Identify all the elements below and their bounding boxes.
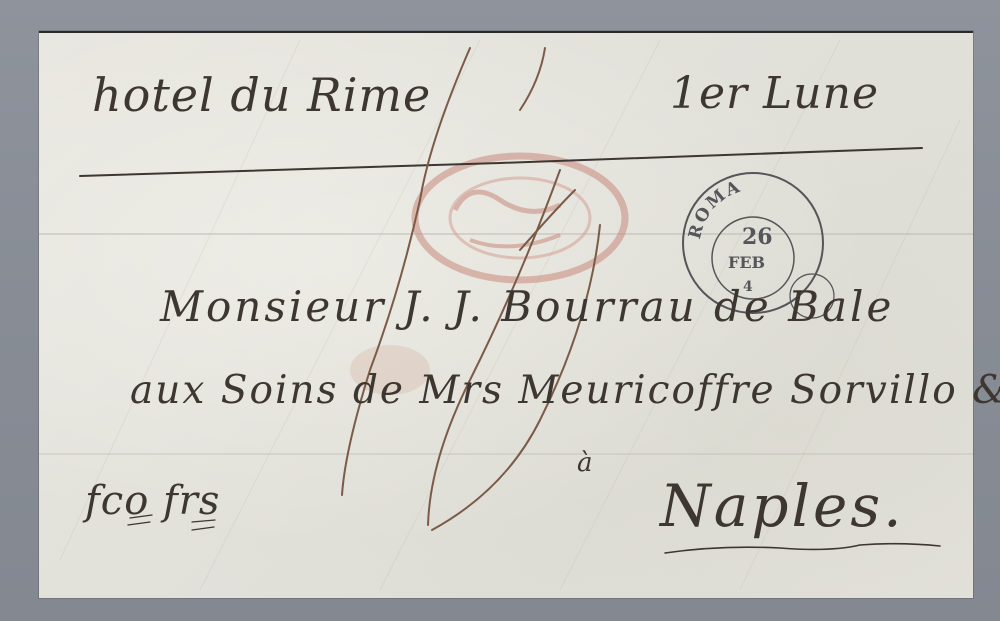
address-line-3: à xyxy=(577,448,594,478)
date-note: 1er Lune xyxy=(670,68,879,119)
hotel-line: hotel du Rime xyxy=(92,68,431,122)
destination-naples: Naples. xyxy=(660,472,905,540)
svg-text:26: 26 xyxy=(742,224,773,250)
svg-text:FEB: FEB xyxy=(728,253,765,272)
svg-text:ROMA: ROMA xyxy=(685,177,744,242)
address-line-1: Monsieur J. J. Bourrau de Bale xyxy=(160,282,894,331)
franco-endorsement: fco frs xyxy=(85,478,220,524)
address-line-2: aux Soins de Mrs Meuricoffre Sorvillo & … xyxy=(130,368,1000,413)
red-oval-handstamp xyxy=(415,156,625,280)
hotel-name: hotel du Rime xyxy=(92,68,431,122)
